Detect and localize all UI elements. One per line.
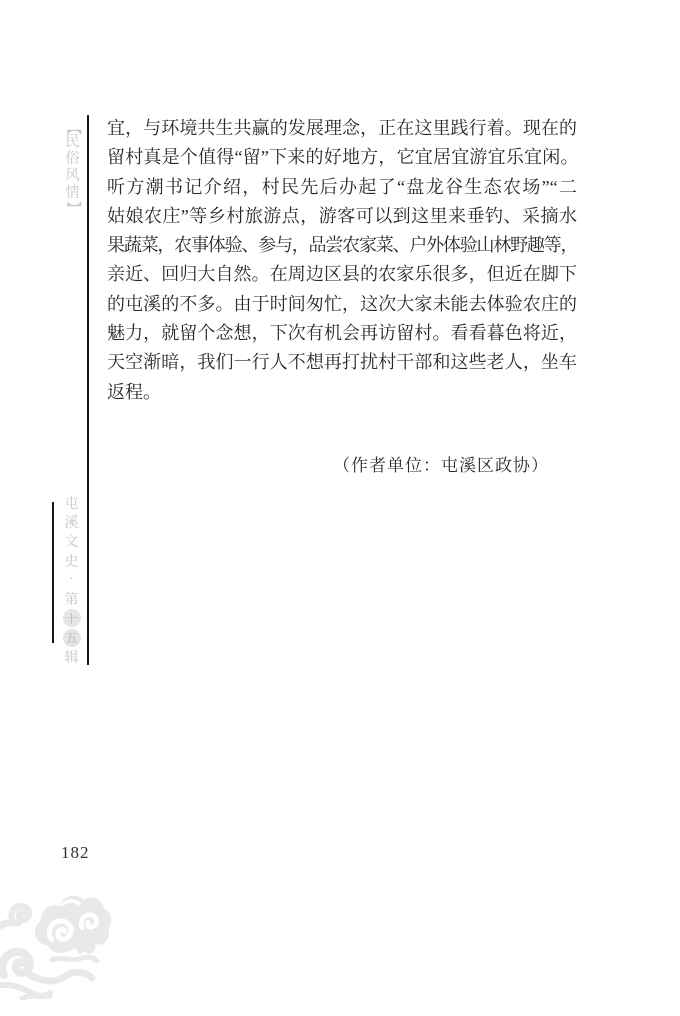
cloud-body — [35, 896, 112, 953]
series-label-char: 辑 — [62, 647, 81, 666]
category-label-char: 】 — [67, 201, 79, 216]
series-label-char: 五 — [63, 629, 81, 647]
body-text-line: 留村真是个值得“留”下来的好地方，它宜居宜游宜乐宜闲。 — [107, 143, 577, 172]
series-label-char: 第 — [62, 589, 81, 608]
series-label-char: 溪 — [62, 512, 81, 531]
series-label-char: · — [62, 570, 81, 589]
category-label-char: 【 — [67, 121, 79, 136]
series-label: 屯溪文史·第十五辑 — [61, 493, 82, 667]
series-label-rule — [52, 502, 54, 643]
page-number: 182 — [61, 843, 90, 863]
cloud-watermark-icon — [0, 890, 115, 1002]
category-label-char: 民 — [65, 134, 80, 151]
body-text-line: 返程。 — [107, 378, 577, 407]
book-page: 【民俗风情】 宜，与环境共生共赢的发展理念，正在这里践行着。现在的留村真是个值得… — [0, 0, 680, 1016]
body-text-line: 亲近、回归大自然。在周边区县的农家乐很多，但近在脚下 — [107, 260, 577, 289]
body-text-line: 天空渐暗，我们一行人不想再打扰村干部和这些老人，坐车 — [107, 348, 577, 377]
margin-divider-rule — [87, 115, 89, 665]
body-text-line: 宜，与环境共生共赢的发展理念，正在这里践行着。现在的 — [107, 114, 577, 143]
category-label-char: 情 — [65, 185, 80, 202]
body-text-line: 听方潮书记介绍，村民先后办起了“盘龙谷生态农场”“二 — [107, 173, 577, 202]
body-text-line: 的屯溪的不多。由于时间匆忙，这次大家未能去体验农庄的 — [107, 290, 577, 319]
series-label-char: 屯 — [62, 493, 81, 512]
body-text-line: 果蔬菜，农事体验、参与，品尝农家菜、户外体验山林野趣等， — [107, 231, 577, 260]
series-label-char: 文 — [62, 532, 81, 551]
series-label-char: 史 — [62, 551, 81, 570]
series-label-char: 十 — [63, 609, 81, 627]
category-label-char: 风 — [65, 168, 80, 185]
attribution-line: （作者单位：屯溪区政协） — [333, 451, 563, 476]
body-text: 宜，与环境共生共赢的发展理念，正在这里践行着。现在的留村真是个值得“留”下来的好… — [107, 114, 577, 407]
body-text-line: 姑娘农庄”等乡村旅游点，游客可以到这里来垂钓、采摘水 — [107, 202, 577, 231]
category-label-char: 俗 — [65, 151, 80, 168]
body-text-line: 魅力，就留个念想，下次有机会再访留村。看看暮色将近， — [107, 319, 577, 348]
category-label: 【民俗风情】 — [62, 122, 83, 214]
